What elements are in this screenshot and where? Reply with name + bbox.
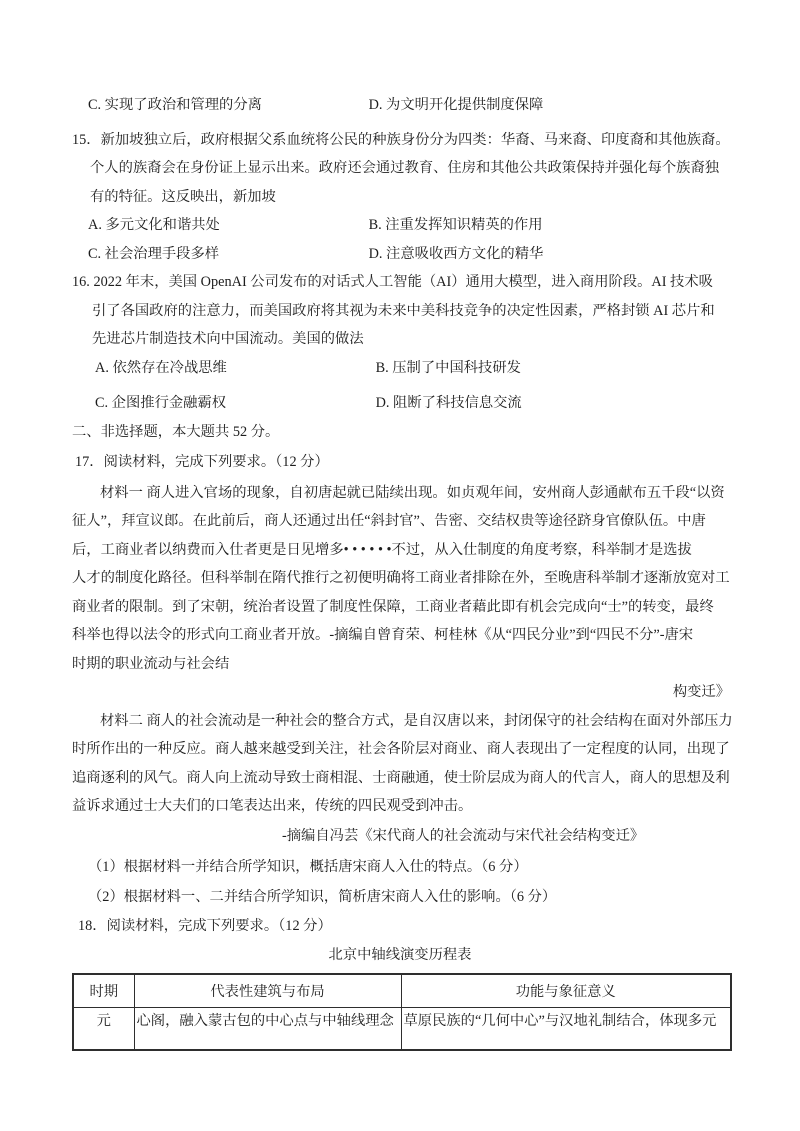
- question-17-subquestion-1: （1）根据材料一并结合所学知识，概括唐宋商人入仕的特点。（6 分）: [70, 853, 730, 882]
- question-14-options-row: C. 实现了政治和管理的分离 D. 为文明开化提供制度保障: [70, 91, 730, 120]
- question-15-options-row-1: A. 多元文化和谐共处 B. 注重发挥知识精英的作用: [70, 211, 730, 240]
- question-17-material-2-line-2: 时所作出的一种反应。商人越来越受到关注，社会各阶层对商业、商人表现出了一定程度的…: [70, 735, 730, 764]
- question-14-option-c: C. 实现了政治和管理的分离: [88, 91, 365, 120]
- question-17-material-1-line-4: 人才的制度化路径。但科举制在隋代推行之初便明确将工商业者排除在外，至晚唐科举制才…: [70, 564, 730, 593]
- question-17-material-1-line-3: 后，工商业者以纳费而入仕者更是日见增多• • • • • •不过，从入仕制度的角…: [70, 536, 730, 565]
- question-14-option-d: D. 为文明开化提供制度保障: [369, 97, 544, 113]
- question-17-material-2-line-1: 材料二 商人的社会流动是一种社会的整合方式，是自汉唐以来，封闭保守的社会结构在面…: [70, 707, 730, 736]
- question-16-option-d: D. 阻断了科技信息交流: [376, 395, 522, 411]
- section-2-heading: 二、非选择题，本大题共 52 分。: [70, 418, 730, 447]
- beijing-axis-table: 时期 代表性建筑与布局 功能与象征意义 元 心阁，融入蒙古包的中心点与中轴线理念…: [72, 973, 732, 1051]
- question-16-line-3: 先进芯片制造技术向中国流动。美国的做法: [70, 325, 730, 354]
- question-17-material-1-line-5: 商业者的限制。到了宋朝，统治者设置了制度性保障，工商业者藉此即有机会完成向“士”…: [70, 593, 730, 622]
- question-17-subquestion-2: （2）根据材料一、二并结合所学知识，简析唐宋商人入仕的影响。（6 分）: [70, 883, 730, 912]
- question-16-line-2: 引了各国政府的注意力，而美国政府将其视为未来中美科技竞争的决定性因素，严格封锁 …: [70, 297, 730, 326]
- question-18-intro: 18．阅读材料，完成下列要求。（12 分）: [70, 912, 730, 941]
- question-15-option-b: B. 注重发挥知识精英的作用: [369, 217, 543, 233]
- table-header-function: 功能与象征意义: [401, 974, 731, 1008]
- question-17-material-1-line-2: 征人”，拜宣议郎。在此前后，商人还通过出任“斜封官”、告密、交结权贵等途径跻身官…: [70, 507, 730, 536]
- question-16-options-row-2: C. 企图推行金融霸权 D. 阻断了科技信息交流: [70, 389, 730, 418]
- question-17-material-2-line-4: 益诉求通过士大夫们的口笔表达出来，传统的四民观受到冲击。: [70, 792, 730, 821]
- question-15-option-c: C. 社会治理手段多样: [88, 240, 365, 269]
- question-16-line-1: 16. 2022 年末，美国 OpenAI 公司发布的对话式人工智能（AI）通用…: [70, 268, 730, 297]
- question-17-material-2-line-3: 追商逐利的风气。商人向上流动导致士商相混、士商融通，使士阶层成为商人的代言人，商…: [70, 764, 730, 793]
- question-17-material-1-line-6: 科举也得以法令的形式向工商业者开放。-摘编自曾育荣、柯桂林《从“四民分业”到“四…: [70, 621, 730, 650]
- question-17-intro: 17．阅读材料，完成下列要求。（12 分）: [70, 448, 730, 477]
- question-15-option-a: A. 多元文化和谐共处: [88, 211, 365, 240]
- table-header-period: 时期: [73, 974, 134, 1008]
- question-15-option-d: D. 注意吸收西方文化的精华: [369, 246, 544, 262]
- exam-page: C. 实现了政治和管理的分离 D. 为文明开化提供制度保障 15．新加坡独立后，…: [0, 0, 800, 1131]
- question-17-material-1-source-tail: 构变迁》: [70, 678, 730, 707]
- question-17-material-2-source: -摘编自冯芸《宋代商人的社会流动与宋代社会结构变迁》: [70, 822, 730, 851]
- table-cell-buildings: 心阁，融入蒙古包的中心点与中轴线理念: [134, 1008, 401, 1051]
- table-cell-period: 元: [73, 1008, 134, 1051]
- question-17-material-1-line-7: 时期的职业流动与社会结: [70, 650, 730, 679]
- table-header-buildings: 代表性建筑与布局: [134, 974, 401, 1008]
- question-16-options-row-1: A. 依然存在冷战思维 B. 压制了中国科技研发: [70, 354, 730, 383]
- question-15-line-3: 有的特征。这反映出，新加坡: [70, 183, 730, 212]
- question-15-line-1: 15．新加坡独立后，政府根据父系血统将公民的种族身份分为四类：华裔、马来裔、印度…: [70, 126, 730, 155]
- question-17-material-1-line-1: 材料一 商人进入官场的现象，自初唐起就已陆续出现。如贞观年间，安州商人彭通献布五…: [70, 479, 730, 508]
- question-16-option-a: A. 依然存在冷战思维: [95, 354, 372, 383]
- table-header-row: 时期 代表性建筑与布局 功能与象征意义: [73, 974, 731, 1008]
- table-row: 元 心阁，融入蒙古包的中心点与中轴线理念 草原民族的“几何中心”与汉地礼制结合，…: [73, 1008, 731, 1051]
- table-cell-function: 草原民族的“几何中心”与汉地礼制结合，体现多元: [401, 1008, 731, 1051]
- question-16-option-b: B. 压制了中国科技研发: [376, 360, 521, 376]
- question-15-options-row-2: C. 社会治理手段多样 D. 注意吸收西方文化的精华: [70, 240, 730, 269]
- question-18-table-title: 北京中轴线演变历程表: [70, 941, 730, 970]
- question-15-line-2: 个人的族裔会在身份证上显示出来。政府还会通过教育、住房和其他公共政策保持并强化每…: [70, 154, 730, 183]
- question-16-option-c: C. 企图推行金融霸权: [95, 389, 372, 418]
